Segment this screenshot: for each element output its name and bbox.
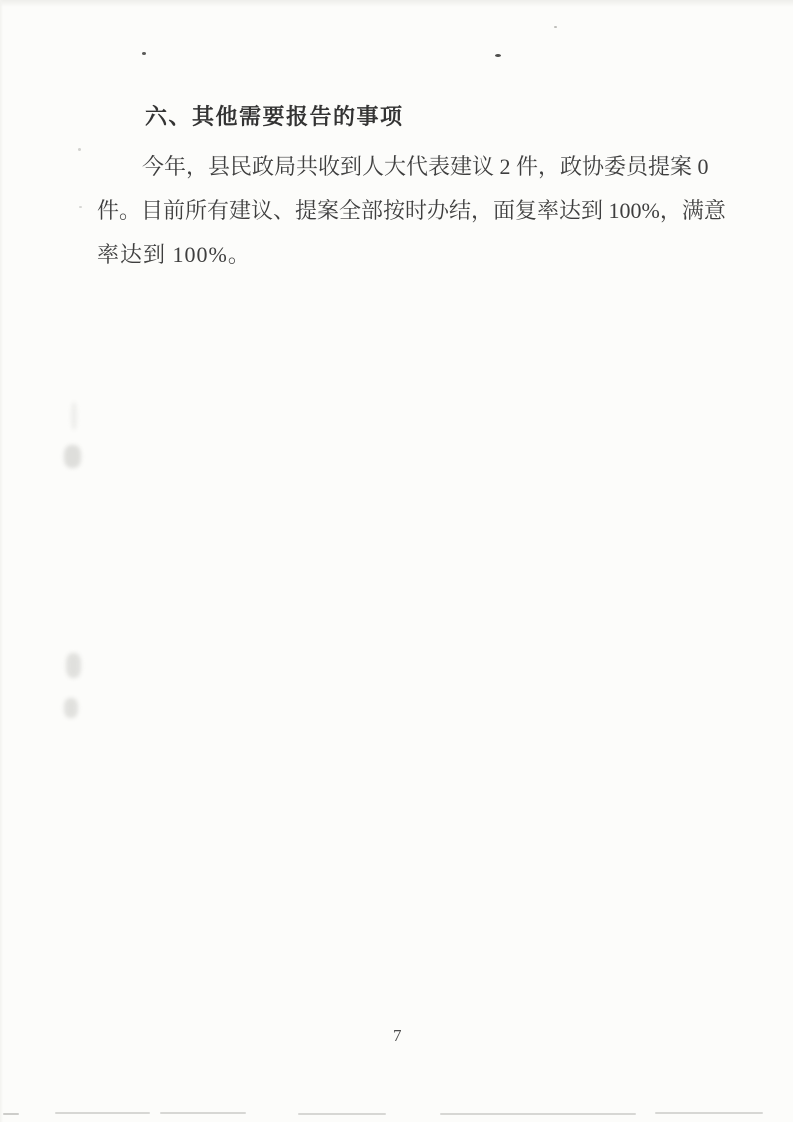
scan-smudge (64, 445, 81, 468)
section-heading: 六、其他需要报告的事项 (145, 100, 404, 131)
paragraph-line-1: 今年，县民政局共收到人大代表建议 2 件，政协委员提案 0 (97, 145, 707, 189)
body-paragraph: 今年，县民政局共收到人大代表建议 2 件，政协委员提案 0 件。目前所有建议、提… (97, 145, 707, 277)
scan-edge-left (0, 0, 3, 1122)
scan-edge-top (0, 0, 793, 7)
paragraph-line-3: 率达到 100%。 (97, 233, 707, 277)
scan-bottom-edge-line (3, 1113, 19, 1115)
scanned-document-page: 六、其他需要报告的事项 今年，县民政局共收到人大代表建议 2 件，政协委员提案 … (0, 0, 793, 1122)
ink-speck (78, 148, 81, 151)
scan-smudge (64, 698, 78, 718)
paragraph-line-2: 件。目前所有建议、提案全部按时办结，面复率达到 100%，满意 (97, 189, 707, 233)
scan-bottom-edge-line (55, 1112, 150, 1114)
ink-speck (142, 52, 146, 55)
ink-speck (495, 54, 501, 57)
scan-bottom-edge-line (655, 1112, 763, 1114)
ink-speck (554, 26, 557, 28)
scan-bottom-edge-line (298, 1113, 386, 1115)
scan-bottom-edge-line (160, 1112, 246, 1114)
ink-speck (79, 206, 82, 208)
scan-smudge (71, 402, 77, 430)
page-number: 7 (393, 1026, 402, 1046)
scan-bottom-edge-line (440, 1113, 636, 1115)
scan-smudge (66, 653, 81, 678)
